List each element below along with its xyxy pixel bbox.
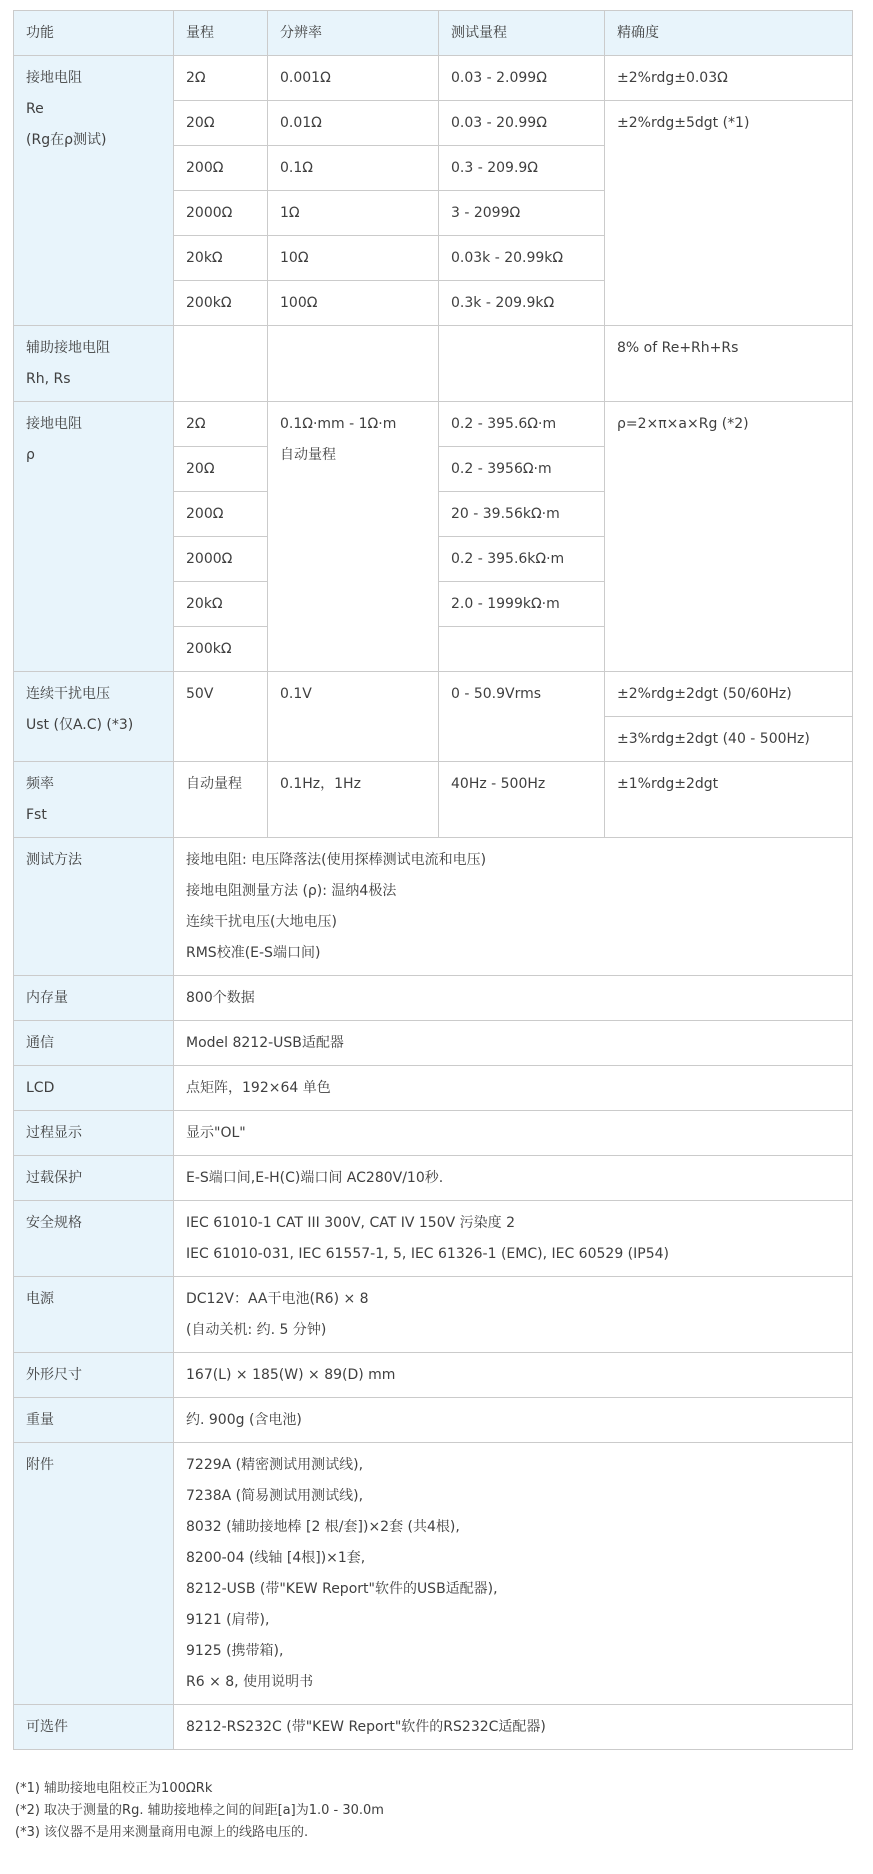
row-label-line: Re bbox=[26, 98, 161, 120]
spec-value-line: 8212-USB (带"KEW Report"软件的USB适配器), bbox=[186, 1578, 840, 1600]
spec-label-power-source: 电源 bbox=[14, 1277, 174, 1353]
accuracy-cell: ±1%rdg±2dgt bbox=[605, 762, 853, 838]
col-header-range: 量程 bbox=[174, 11, 268, 56]
table-row: 附件 7229A (精密测试用测试线), 7238A (简易测试用测试线), 8… bbox=[14, 1443, 853, 1705]
test-range-cell: 0.2 - 3956Ω·m bbox=[439, 447, 605, 492]
table-row: 接地电阻 Re (Rg在ρ测试) 2Ω 0.001Ω 0.03 - 2.099Ω… bbox=[14, 56, 853, 101]
range-cell-empty bbox=[174, 326, 268, 402]
spec-value: 167(L) × 185(W) × 89(D) mm bbox=[174, 1353, 853, 1398]
spec-label-test-method: 测试方法 bbox=[14, 838, 174, 976]
resolution-cell-empty bbox=[268, 326, 439, 402]
spec-value: 点矩阵，192×64 单色 bbox=[174, 1066, 853, 1111]
table-row: 频率 Fst 自动量程 0.1Hz，1Hz 40Hz - 500Hz ±1%rd… bbox=[14, 762, 853, 838]
spec-value: 显示"OL" bbox=[174, 1111, 853, 1156]
spec-label-overload-protection: 过载保护 bbox=[14, 1156, 174, 1201]
spec-value-line: 连续干扰电压(大地电压) bbox=[186, 911, 840, 933]
spec-value: E-S端口间,E-H(C)端口间 AC280V/10秒. bbox=[174, 1156, 853, 1201]
resolution-cell: 0.01Ω bbox=[268, 101, 439, 146]
row-label-line: Fst bbox=[26, 804, 161, 826]
range-cell: 2Ω bbox=[174, 56, 268, 101]
table-row: 接地电阻 ρ 2Ω 0.1Ω·mm - 1Ω·m 自动量程 0.2 - 395.… bbox=[14, 402, 853, 447]
test-range-cell: 0.2 - 395.6Ω·m bbox=[439, 402, 605, 447]
resolution-cell: 10Ω bbox=[268, 236, 439, 281]
range-cell: 50V bbox=[174, 672, 268, 762]
range-cell: 20kΩ bbox=[174, 236, 268, 281]
resolution-cell: 0.1Hz，1Hz bbox=[268, 762, 439, 838]
spec-label-accessories: 附件 bbox=[14, 1443, 174, 1705]
spec-value-line: DC12V：AA干电池(R6) × 8 bbox=[186, 1288, 840, 1310]
test-range-cell-empty bbox=[439, 326, 605, 402]
resolution-cell: 1Ω bbox=[268, 191, 439, 236]
accuracy-cell: ±3%rdg±2dgt (40 - 500Hz) bbox=[605, 717, 853, 762]
col-header-test-range: 测试量程 bbox=[439, 11, 605, 56]
range-cell: 20Ω bbox=[174, 447, 268, 492]
spec-value-line: 7238A (简易测试用测试线), bbox=[186, 1485, 840, 1507]
accuracy-cell: ±2%rdg±2dgt (50/60Hz) bbox=[605, 672, 853, 717]
row-label-line: (Rg在ρ测试) bbox=[26, 129, 161, 151]
spec-value-line: R6 × 8, 使用说明书 bbox=[186, 1671, 840, 1693]
spec-value: 7229A (精密测试用测试线), 7238A (简易测试用测试线), 8032… bbox=[174, 1443, 853, 1705]
resolution-cell: 0.1V bbox=[268, 672, 439, 762]
table-row: 过程显示 显示"OL" bbox=[14, 1111, 853, 1156]
spec-value: DC12V：AA干电池(R6) × 8 (自动关机: 约. 5 分钟) bbox=[174, 1277, 853, 1353]
footnote-line: (*2) 取决于测量的Rg. 辅助接地棒之间的间距[a]为1.0 - 30.0m bbox=[15, 1800, 853, 1822]
spec-value-line: IEC 61010-1 CAT III 300V, CAT IV 150V 污染… bbox=[186, 1212, 840, 1234]
accuracy-cell: ±2%rdg±0.03Ω bbox=[605, 56, 853, 101]
spec-value: IEC 61010-1 CAT III 300V, CAT IV 150V 污染… bbox=[174, 1201, 853, 1277]
range-cell: 2000Ω bbox=[174, 191, 268, 236]
test-range-cell: 2.0 - 1999kΩ·m bbox=[439, 582, 605, 627]
spec-value-line: (自动关机: 约. 5 分钟) bbox=[186, 1319, 840, 1341]
accuracy-cell: 8% of Re+Rh+Rs bbox=[605, 326, 853, 402]
spec-label-weight: 重量 bbox=[14, 1398, 174, 1443]
spec-value: 800个数据 bbox=[174, 976, 853, 1021]
resolution-cell: 100Ω bbox=[268, 281, 439, 326]
row-label-line: Rh, Rs bbox=[26, 368, 161, 390]
range-cell: 200kΩ bbox=[174, 281, 268, 326]
test-range-cell: 40Hz - 500Hz bbox=[439, 762, 605, 838]
spec-label-communication: 通信 bbox=[14, 1021, 174, 1066]
resolution-line: 自动量程 bbox=[280, 444, 426, 466]
row-label-line: 接地电阻 bbox=[26, 67, 161, 89]
row-label-auxiliary-earth-resistance: 辅助接地电阻 Rh, Rs bbox=[14, 326, 174, 402]
range-cell: 200Ω bbox=[174, 492, 268, 537]
resolution-cell: 0.1Ω·mm - 1Ω·m 自动量程 bbox=[268, 402, 439, 672]
spec-value-line: IEC 61010-031, IEC 61557-1, 5, IEC 61326… bbox=[186, 1243, 840, 1265]
test-range-cell: 0 - 50.9Vrms bbox=[439, 672, 605, 762]
spec-value-line: 9125 (携带箱), bbox=[186, 1640, 840, 1662]
specification-table: 功能 量程 分辨率 测试量程 精确度 接地电阻 Re (Rg在ρ测试) 2Ω 0… bbox=[13, 10, 853, 1750]
table-row: 连续干扰电压 Ust (仅A.C) (*3) 50V 0.1V 0 - 50.9… bbox=[14, 672, 853, 717]
footnote-line: (*3) 该仪器不是用来测量商用电源上的线路电压的. bbox=[15, 1822, 853, 1844]
spec-page: 功能 量程 分辨率 测试量程 精确度 接地电阻 Re (Rg在ρ测试) 2Ω 0… bbox=[0, 0, 873, 1874]
col-header-accuracy: 精确度 bbox=[605, 11, 853, 56]
table-row: 电源 DC12V：AA干电池(R6) × 8 (自动关机: 约. 5 分钟) bbox=[14, 1277, 853, 1353]
row-label-line: 频率 bbox=[26, 773, 161, 795]
row-label-interference-voltage: 连续干扰电压 Ust (仅A.C) (*3) bbox=[14, 672, 174, 762]
row-label-earth-resistance-rho: 接地电阻 ρ bbox=[14, 402, 174, 672]
table-row: 辅助接地电阻 Rh, Rs 8% of Re+Rh+Rs bbox=[14, 326, 853, 402]
test-range-cell: 20 - 39.56kΩ·m bbox=[439, 492, 605, 537]
resolution-line: 0.1Ω·mm - 1Ω·m bbox=[280, 413, 426, 435]
resolution-cell: 0.001Ω bbox=[268, 56, 439, 101]
row-label-line: Ust (仅A.C) (*3) bbox=[26, 714, 161, 736]
table-row: 过载保护 E-S端口间,E-H(C)端口间 AC280V/10秒. bbox=[14, 1156, 853, 1201]
col-header-resolution: 分辨率 bbox=[268, 11, 439, 56]
spec-value-line: 8200-04 (线轴 [4根])×1套, bbox=[186, 1547, 840, 1569]
accuracy-cell: ±2%rdg±5dgt (*1) bbox=[605, 101, 853, 326]
test-range-cell: 0.03k - 20.99kΩ bbox=[439, 236, 605, 281]
test-range-cell: 3 - 2099Ω bbox=[439, 191, 605, 236]
test-range-cell: 0.03 - 2.099Ω bbox=[439, 56, 605, 101]
col-header-function: 功能 bbox=[14, 11, 174, 56]
table-row: 内存量 800个数据 bbox=[14, 976, 853, 1021]
range-cell: 2Ω bbox=[174, 402, 268, 447]
range-cell: 20Ω bbox=[174, 101, 268, 146]
test-range-cell: 0.03 - 20.99Ω bbox=[439, 101, 605, 146]
table-row: LCD 点矩阵，192×64 单色 bbox=[14, 1066, 853, 1111]
spec-value-line: 7229A (精密测试用测试线), bbox=[186, 1454, 840, 1476]
test-range-cell: 0.3k - 209.9kΩ bbox=[439, 281, 605, 326]
table-row: 通信 Model 8212-USB适配器 bbox=[14, 1021, 853, 1066]
range-cell: 自动量程 bbox=[174, 762, 268, 838]
row-label-frequency: 频率 Fst bbox=[14, 762, 174, 838]
row-label-line: ρ bbox=[26, 444, 161, 466]
spec-label-lcd: LCD bbox=[14, 1066, 174, 1111]
spec-value-line: 接地电阻: 电压降落法(使用探棒测试电流和电压) bbox=[186, 849, 840, 871]
test-range-cell: 0.3 - 209.9Ω bbox=[439, 146, 605, 191]
spec-label-memory: 内存量 bbox=[14, 976, 174, 1021]
range-cell: 20kΩ bbox=[174, 582, 268, 627]
spec-label-safety-standard: 安全规格 bbox=[14, 1201, 174, 1277]
row-label-line: 连续干扰电压 bbox=[26, 683, 161, 705]
spec-value: 约. 900g (含电池) bbox=[174, 1398, 853, 1443]
spec-label-over-range-display: 过程显示 bbox=[14, 1111, 174, 1156]
row-label-line: 辅助接地电阻 bbox=[26, 337, 161, 359]
test-range-cell: 0.2 - 395.6kΩ·m bbox=[439, 537, 605, 582]
spec-value-line: 8032 (辅助接地棒 [2 根/套])×2套 (共4根), bbox=[186, 1516, 840, 1538]
footnote-line: (*1) 辅助接地电阻校正为100ΩRk bbox=[15, 1778, 853, 1800]
table-row: 外形尺寸 167(L) × 185(W) × 89(D) mm bbox=[14, 1353, 853, 1398]
accuracy-cell: ρ=2×π×a×Rg (*2) bbox=[605, 402, 853, 672]
spec-value: Model 8212-USB适配器 bbox=[174, 1021, 853, 1066]
footnotes: (*1) 辅助接地电阻校正为100ΩRk (*2) 取决于测量的Rg. 辅助接地… bbox=[13, 1778, 853, 1844]
spec-label-dimensions: 外形尺寸 bbox=[14, 1353, 174, 1398]
spec-value: 接地电阻: 电压降落法(使用探棒测试电流和电压) 接地电阻测量方法 (ρ): 温… bbox=[174, 838, 853, 976]
table-row: 安全规格 IEC 61010-1 CAT III 300V, CAT IV 15… bbox=[14, 1201, 853, 1277]
table-header-row: 功能 量程 分辨率 测试量程 精确度 bbox=[14, 11, 853, 56]
range-cell: 2000Ω bbox=[174, 537, 268, 582]
range-cell: 200kΩ bbox=[174, 627, 268, 672]
resolution-cell: 0.1Ω bbox=[268, 146, 439, 191]
spec-value-line: RMS校准(E-S端口间) bbox=[186, 942, 840, 964]
range-cell: 200Ω bbox=[174, 146, 268, 191]
spec-value: 8212-RS232C (带"KEW Report"软件的RS232C适配器) bbox=[174, 1705, 853, 1750]
spec-value-line: 9121 (肩带), bbox=[186, 1609, 840, 1631]
table-row: 重量 约. 900g (含电池) bbox=[14, 1398, 853, 1443]
spec-label-optional-parts: 可选件 bbox=[14, 1705, 174, 1750]
spec-value-line: 接地电阻测量方法 (ρ): 温纳4极法 bbox=[186, 880, 840, 902]
table-row: 可选件 8212-RS232C (带"KEW Report"软件的RS232C适… bbox=[14, 1705, 853, 1750]
table-row: 测试方法 接地电阻: 电压降落法(使用探棒测试电流和电压) 接地电阻测量方法 (… bbox=[14, 838, 853, 976]
row-label-earth-resistance-re: 接地电阻 Re (Rg在ρ测试) bbox=[14, 56, 174, 326]
row-label-line: 接地电阻 bbox=[26, 413, 161, 435]
test-range-cell bbox=[439, 627, 605, 672]
